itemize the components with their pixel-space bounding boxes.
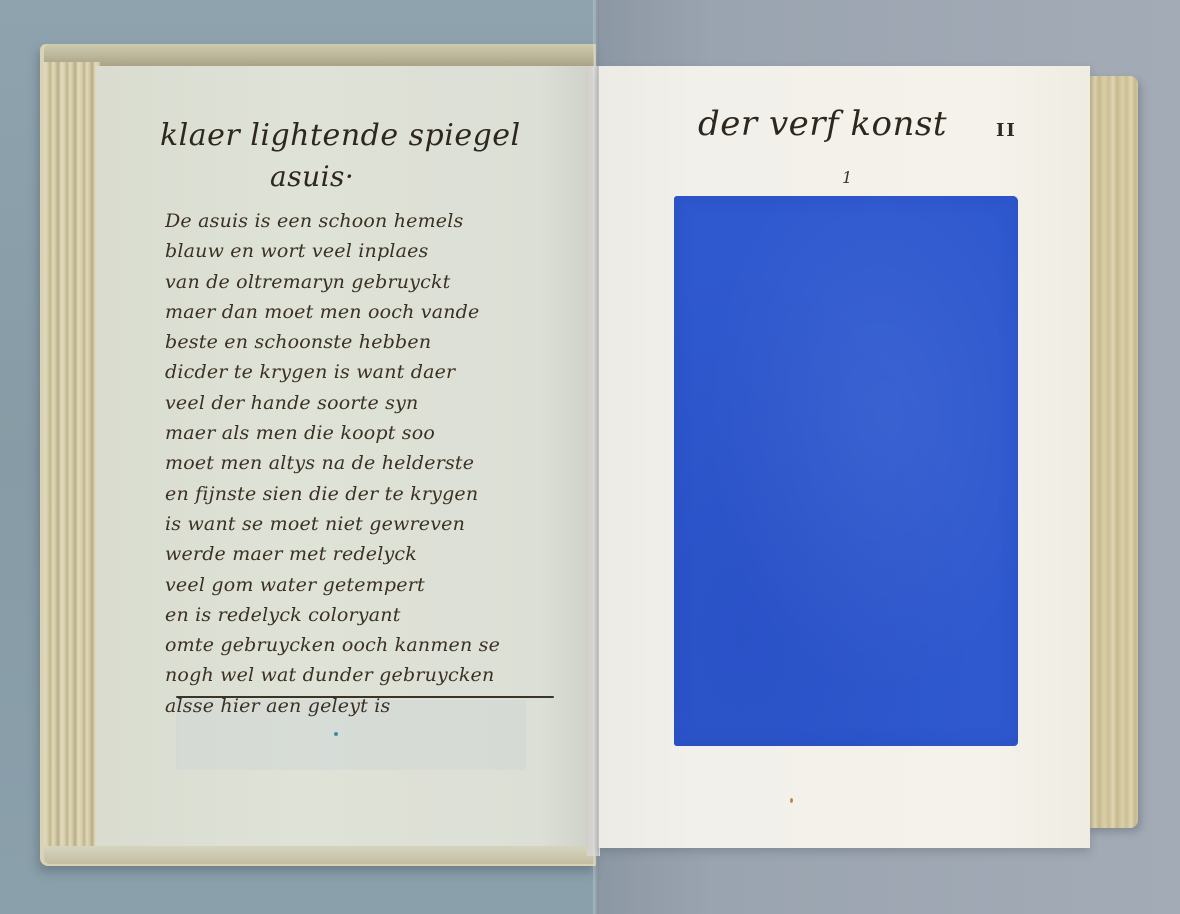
text-line: omte gebruycken ooch kanmen se <box>165 630 575 660</box>
ink-speck <box>334 732 338 736</box>
left-cover-bottom-edge <box>44 846 594 864</box>
swatch-texture <box>674 196 1018 746</box>
text-line: is want se moet niet gewreven <box>165 509 575 539</box>
paper-speck <box>790 798 793 803</box>
blue-color-swatch <box>674 196 1018 746</box>
text-line: De asuis is een schoon hemels <box>165 206 575 236</box>
text-line: beste en schoonste hebben <box>165 327 575 357</box>
text-line: nogh wel wat dunder gebruycken <box>165 660 575 690</box>
text-line: maer dan moet men ooch vande <box>165 297 575 327</box>
glass-edge <box>593 0 599 914</box>
text-line: veel gom water getempert <box>165 570 575 600</box>
right-page-title: der verf konst <box>698 104 947 144</box>
closing-rule-line <box>176 696 554 698</box>
text-line: werde maer met redelyck <box>165 539 575 569</box>
text-line: moet men altys na de helderste <box>165 448 575 478</box>
right-cover-edge <box>1086 76 1138 828</box>
text-line: blauw en wort veel inplaes <box>165 236 575 266</box>
text-line: maer als men die koopt soo <box>165 418 575 448</box>
text-line: van de oltremaryn gebruyckt <box>165 267 575 297</box>
left-page-subtitle: asuis· <box>270 160 354 193</box>
text-line: dicder te krygen is want daer <box>165 357 575 387</box>
page-number: II <box>996 120 1017 141</box>
left-cover-top-edge <box>44 44 594 66</box>
left-page-stack-edge <box>44 62 100 846</box>
left-page-title: klaer lightende spiegel <box>160 118 580 153</box>
text-line: en is redelyck coloryant <box>165 600 575 630</box>
left-page-body: De asuis is een schoon hemels blauw en w… <box>165 206 575 721</box>
text-line: veel der hande soorte syn <box>165 388 575 418</box>
text-line: en fijnste sien die der te krygen <box>165 479 575 509</box>
plate-number: 1 <box>842 168 852 187</box>
